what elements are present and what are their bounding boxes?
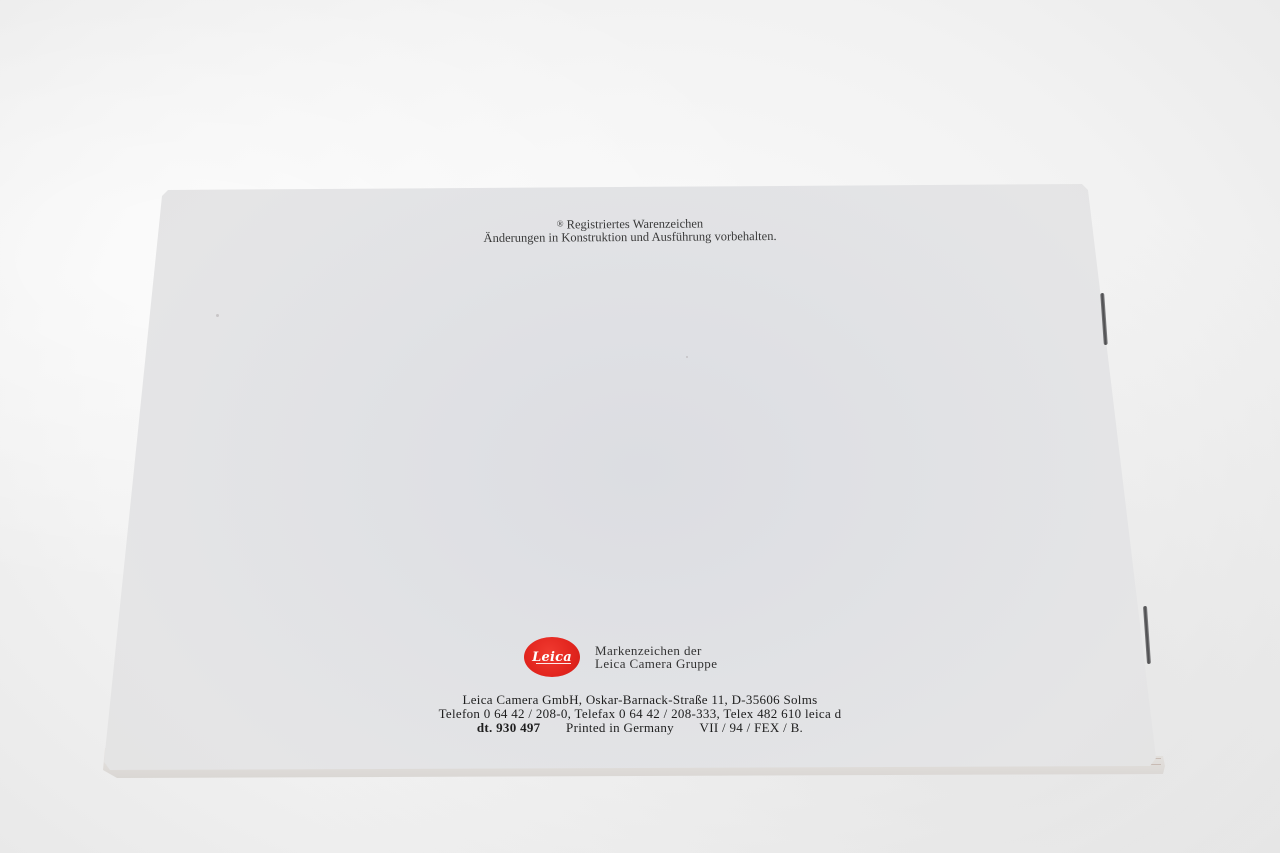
logo-wordmark: Leica bbox=[532, 650, 572, 665]
printed-in: Printed in Germany bbox=[566, 721, 674, 735]
imprint-address: Leica Camera GmbH, Oskar-Barnack-Straße … bbox=[380, 693, 900, 707]
brand-block: Leica Markenzeichen der Leica Camera Gru… bbox=[524, 637, 717, 677]
publisher-imprint: Leica Camera GmbH, Oskar-Barnack-Straße … bbox=[380, 693, 900, 735]
imprint-print-info: dt. 930 497 Printed in Germany VII / 94 … bbox=[380, 721, 900, 735]
trademark-caption: Markenzeichen der Leica Camera Gruppe bbox=[595, 644, 717, 671]
trademark-line-2: Leica Camera Gruppe bbox=[595, 657, 717, 671]
document-number: dt. 930 497 bbox=[477, 721, 541, 735]
edition-code: VII / 94 / FEX / B. bbox=[700, 721, 804, 735]
scuff-mark bbox=[216, 314, 219, 317]
trademark-notice: ®Registriertes Warenzeichen Änderungen i… bbox=[420, 216, 840, 246]
scuff-mark bbox=[686, 356, 688, 358]
trademark-line-1: Markenzeichen der bbox=[595, 644, 717, 658]
leica-logo-icon: Leica bbox=[524, 637, 580, 677]
imprint-contact: Telefon 0 64 42 / 208-0, Telefax 0 64 42… bbox=[380, 707, 900, 721]
registered-mark-icon: ® bbox=[557, 218, 564, 228]
